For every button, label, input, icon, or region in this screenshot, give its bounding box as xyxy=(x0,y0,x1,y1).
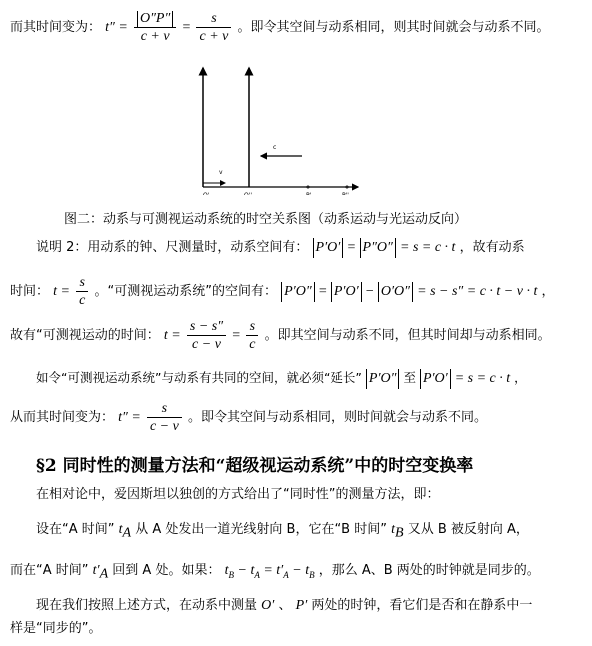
label-o1: O' xyxy=(203,192,210,195)
section-heading: §2 同时性的测量方法和“超级视运动系统”中的时空变换率 xyxy=(36,451,473,476)
para6-line1: 现在我们按照上述方式，在动系中测量 O′ 、 P′ 两处的时钟，看它们是否和在静… xyxy=(36,596,532,616)
para1-line: 而其时间变为： t″ = O″P″ c + v = s c + v 。即令其空间… xyxy=(10,8,550,48)
abs-value: P′O″ xyxy=(281,282,315,302)
abs-value: P′O′ xyxy=(313,238,344,258)
para3-line1: 如令“可测视运动系统”与动系有共同的空间，就必须“延长” P′O″ 至 P′O′… xyxy=(36,368,527,389)
para2-line1: 说明 2：用动系的钟、尺测量时，动系空间有： P′O′ = P″O″ = s =… xyxy=(36,238,525,258)
abs-value: P′O′ xyxy=(420,369,451,389)
text: 而其时间变为： xyxy=(10,20,101,35)
fraction: s c xyxy=(246,318,258,353)
abs-value: O″P″ xyxy=(137,11,173,27)
label-c: c xyxy=(273,144,276,151)
para2-line3: 故有“可测视运动的时间： t = s − s″ c − v = s c 。即其空… xyxy=(10,316,551,356)
fraction: s c − v xyxy=(147,400,182,435)
fraction: s c + v xyxy=(196,10,231,45)
abs-value: P′O″ xyxy=(366,369,400,389)
label-o2: O'' xyxy=(244,192,252,195)
sync-formula: tB − tA = t′A − tB xyxy=(225,563,315,578)
label-p1: P' xyxy=(306,192,312,195)
figure-caption: 图二：动系与可测视运动系统的时空关系图（动系运动与光运动反向） xyxy=(64,208,467,227)
formula-lhs: t″ = xyxy=(105,20,128,35)
para5-line2: 而在“A 时间” t′A 回到 A 处。如果： tB − tA = t′A − … xyxy=(10,561,540,585)
para3-line2: 从而其时间变为： t″ = s c − v 。即令其空间与动系相同，则时间就会与… xyxy=(10,398,487,438)
abs-value: P′O′ xyxy=(331,282,362,302)
text: 。即令其空间与动系相同，则其时间就会与动系不同。 xyxy=(238,20,550,35)
para2-line2: 时间： t = s c 。“可测视运动系统”的空间有： P′O″ = P′O′ … xyxy=(10,272,555,312)
label-p2: P'' xyxy=(342,192,349,195)
para5-line1: 设在“A 时间” tA 从 A 处发出一道光线射向 B，它在“B 时间” tB … xyxy=(36,520,529,544)
para4-line: 在相对论中，爱因斯坦以独创的方式给出了“同时性”的测量方法，即： xyxy=(36,487,439,503)
abs-value: P″O″ xyxy=(360,238,396,258)
fraction: O″P″ c + v xyxy=(134,10,176,45)
fraction: s c xyxy=(76,274,88,309)
fraction: s − s″ c − v xyxy=(187,318,226,353)
abs-value: O′O″ xyxy=(378,282,413,302)
spacetime-diagram: v c O' O'' P' P'' xyxy=(195,60,365,195)
para6-line2: 样是“同步的”。 xyxy=(10,621,101,637)
label-v: v xyxy=(219,169,223,176)
figure: v c O' O'' P' P'' xyxy=(195,60,365,195)
